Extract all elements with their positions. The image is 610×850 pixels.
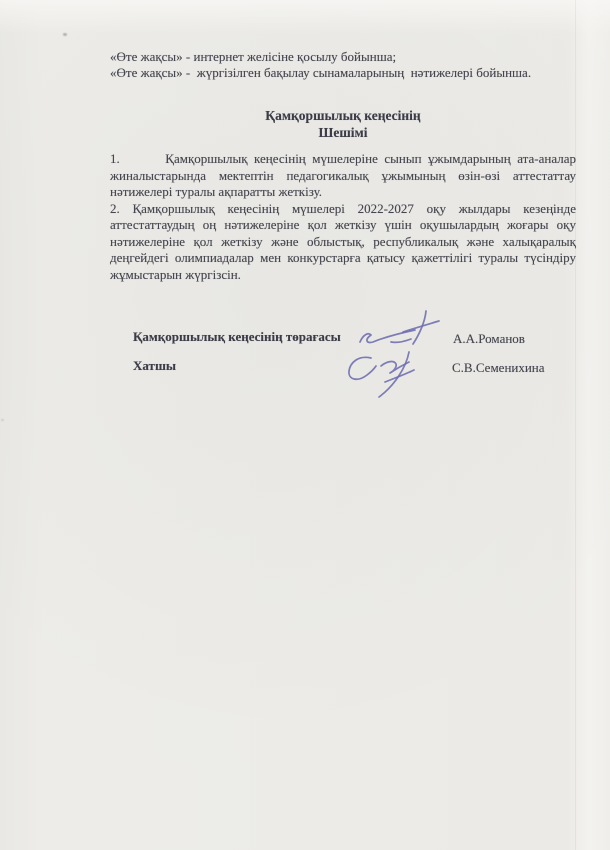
decision-heading: Қамқоршылық кеңесінің Шешімі: [110, 108, 576, 141]
intro-line: «Өте жақсы» - жүргізілген бақылау сынама…: [110, 65, 576, 81]
decision-body-line: 2. Қамқоршылық кеңесінің мүшелері 2022-2…: [110, 201, 576, 218]
decision-body-line: жиналыстарында мектептін педагогикалық ұ…: [110, 168, 576, 185]
paper-speck: [63, 33, 67, 36]
paper-speck: [1, 419, 4, 421]
signatory-role-chairman: Қамқоршылық кеңесінің төрағасы: [133, 330, 341, 344]
decision-body-line: 1. Қамқоршылық кеңесінің мүшелеріне сыны…: [110, 151, 576, 168]
signatory-role-secretary: Хатшы: [133, 359, 176, 373]
scanned-document-page: «Өте жақсы» - интернет желісіне қосылу б…: [0, 0, 610, 850]
decision-body-line: нәтижелері туралы ақпаратты жеткізу.: [110, 184, 576, 201]
decision-heading-title: Шешімі: [110, 125, 576, 142]
handwritten-signature-secretary: [335, 344, 435, 402]
decision-body-line: аттестаттаудың оң нәтижелеріне қол жеткі…: [110, 217, 576, 234]
handwritten-signature-chairman: [348, 302, 448, 350]
signatory-name-secretary: С.В.Семенихина: [452, 361, 545, 375]
decision-body-line: нәтижелеріне қол жеткізу және облыстық, …: [110, 234, 576, 251]
decision-body-line: деңгейдегі олимпиадалар мен конкурстарға…: [110, 250, 576, 267]
ratings-intro: «Өте жақсы» - интернет желісіне қосылу б…: [110, 49, 576, 81]
decision-heading-org: Қамқоршылық кеңесінің: [110, 108, 576, 125]
decision-body: 1. Қамқоршылық кеңесінің мүшелеріне сыны…: [110, 151, 576, 283]
signatory-name-chairman: А.А.Романов: [453, 332, 525, 346]
decision-body-line: жұмыстарын жүргізсін.: [110, 267, 576, 284]
intro-line: «Өте жақсы» - интернет желісіне қосылу б…: [110, 49, 576, 65]
